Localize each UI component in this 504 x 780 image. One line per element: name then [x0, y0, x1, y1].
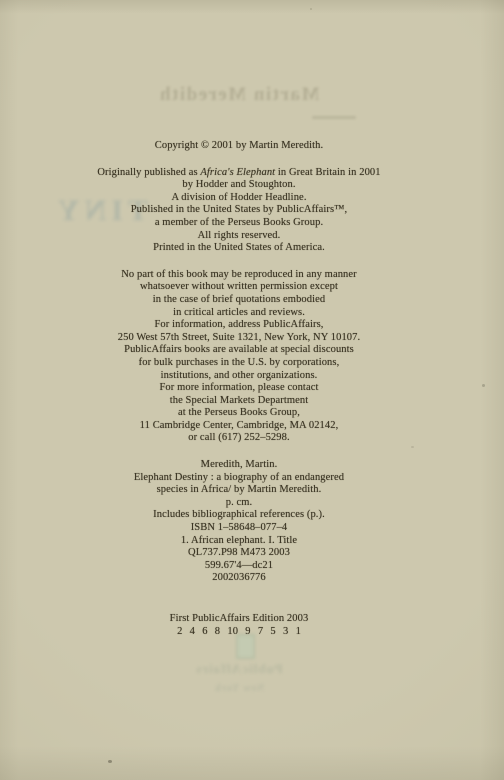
- text-segment: in Great Britain in 2001: [275, 167, 380, 178]
- text-line: Originally published as Africa's Elephan…: [0, 167, 478, 180]
- bleedthrough-rule-ghost: [312, 116, 356, 119]
- edition-printing: First PublicAffairs Edition 20032 4 6 8 …: [0, 613, 478, 638]
- text-segment: by Hodder and Stoughton.: [182, 179, 295, 190]
- text-line: at the Perseus Books Group,: [0, 407, 478, 420]
- text-segment: the Special Markets Department: [170, 395, 309, 406]
- text-segment: ISBN 1–58648–077–4: [191, 522, 288, 533]
- text-segment: 11 Cambridge Center, Cambridge, MA 02142…: [140, 420, 339, 431]
- text-line: For information, address PublicAffairs,: [0, 319, 478, 332]
- bleedthrough-publisher-ghost: PublicAffairs: [0, 661, 478, 677]
- text-segment: in the case of brief quotations embodied: [153, 294, 326, 305]
- book-copyright-page: Martin Meredith TINY PublicAffairs New Y…: [0, 0, 504, 780]
- text-line: species in Africa/ by Martin Meredith.: [0, 484, 478, 497]
- text-segment: Published in the United States by Public…: [131, 204, 348, 215]
- text-line: in critical articles and reviews.: [0, 307, 478, 320]
- text-segment: No part of this book may be reproduced i…: [121, 269, 357, 280]
- text-line: First PublicAffairs Edition 2003: [0, 613, 478, 626]
- text-line: 2002036776: [0, 572, 478, 585]
- text-line: in the case of brief quotations embodied: [0, 294, 478, 307]
- text-segment: for bulk purchases in the U.S. by corpor…: [139, 357, 340, 368]
- paper-speck: [108, 760, 112, 763]
- text-segment: a member of the Perseus Books Group.: [155, 217, 323, 228]
- text-segment: First PublicAffairs Edition 2003: [170, 613, 309, 624]
- text-line: Published in the United States by Public…: [0, 204, 478, 217]
- text-segment: in critical articles and reviews.: [173, 307, 305, 318]
- text-segment: For information, address PublicAffairs,: [154, 319, 323, 330]
- text-line: QL737.P98 M473 2003: [0, 547, 478, 560]
- copyright-notice: Copyright © 2001 by Martin Meredith.: [0, 140, 478, 153]
- text-line: Meredith, Martin.: [0, 459, 478, 472]
- text-line: PublicAffairs books are available at spe…: [0, 344, 478, 357]
- text-line: p. cm.: [0, 497, 478, 510]
- text-line: or call (617) 252–5298.: [0, 432, 478, 445]
- text-line: a member of the Perseus Books Group.: [0, 217, 478, 230]
- text-line: 1. African elephant. I. Title: [0, 535, 478, 548]
- text-segment: whatsoever without written permission ex…: [140, 281, 338, 292]
- text-line: for bulk purchases in the U.S. by corpor…: [0, 357, 478, 370]
- text-segment: Originally published as: [97, 167, 200, 178]
- text-segment: QL737.P98 M473 2003: [188, 547, 290, 558]
- text-line: All rights reserved.: [0, 230, 478, 243]
- text-segment: 1. African elephant. I. Title: [181, 535, 297, 546]
- text-line: For more information, please contact: [0, 382, 478, 395]
- text-line: No part of this book may be reproduced i…: [0, 269, 478, 282]
- original-publication: Originally published as Africa's Elephan…: [0, 167, 478, 255]
- text-line: 599.67'4—dc21: [0, 560, 478, 573]
- cip-data: Meredith, Martin.Elephant Destiny : a bi…: [0, 459, 478, 585]
- text-segment: 250 West 57th Street, Suite 1321, New Yo…: [118, 332, 360, 343]
- text-line: institutions, and other organizations.: [0, 370, 478, 383]
- text-line: 11 Cambridge Center, Cambridge, MA 02142…: [0, 420, 478, 433]
- text-line: Elephant Destiny : a biography of an end…: [0, 472, 478, 485]
- bleedthrough-city-ghost: New York: [0, 683, 478, 694]
- text-segment: or call (617) 252–5298.: [188, 432, 289, 443]
- text-segment: PublicAffairs books are available at spe…: [124, 344, 354, 355]
- text-line: whatsoever without written permission ex…: [0, 281, 478, 294]
- text-segment: Includes bibliographical references (p.)…: [153, 509, 325, 520]
- text-segment: All rights reserved.: [198, 230, 281, 241]
- text-segment: 599.67'4—dc21: [205, 560, 273, 571]
- paper-speck: [482, 384, 485, 387]
- text-line: A division of Hodder Headline.: [0, 192, 478, 205]
- text-segment: p. cm.: [226, 497, 253, 508]
- text-line: by Hodder and Stoughton.: [0, 179, 478, 192]
- text-line: 250 West 57th Street, Suite 1321, New Yo…: [0, 332, 478, 345]
- text-segment: 2 4 6 8 10 9 7 5 3 1: [177, 626, 301, 637]
- text-segment: For more information, please contact: [159, 382, 318, 393]
- text-segment: Copyright © 2001 by Martin Meredith.: [155, 140, 323, 151]
- copyright-page-text: Copyright © 2001 by Martin Meredith.Orig…: [0, 140, 478, 638]
- text-segment: Elephant Destiny : a biography of an end…: [134, 472, 344, 483]
- text-line: the Special Markets Department: [0, 395, 478, 408]
- rights-and-contact: No part of this book may be reproduced i…: [0, 269, 478, 445]
- text-segment: A division of Hodder Headline.: [171, 192, 306, 203]
- text-segment: Printed in the United States of America.: [153, 242, 325, 253]
- text-line: 2 4 6 8 10 9 7 5 3 1: [0, 626, 478, 639]
- text-segment: institutions, and other organizations.: [161, 370, 318, 381]
- text-segment: at the Perseus Books Group,: [178, 407, 300, 418]
- text-line: Printed in the United States of America.: [0, 242, 478, 255]
- text-line: Copyright © 2001 by Martin Meredith.: [0, 140, 478, 153]
- text-segment: species in Africa/ by Martin Meredith.: [157, 484, 322, 495]
- text-line: Includes bibliographical references (p.)…: [0, 509, 478, 522]
- paper-speck: [310, 8, 312, 10]
- text-segment: Meredith, Martin.: [201, 459, 278, 470]
- text-segment: 2002036776: [212, 572, 266, 583]
- paper-speck: [411, 446, 414, 448]
- bleedthrough-author-ghost: Martin Meredith: [0, 84, 478, 106]
- text-line: ISBN 1–58648–077–4: [0, 522, 478, 535]
- italic-text-segment: Africa's Elephant: [200, 167, 275, 178]
